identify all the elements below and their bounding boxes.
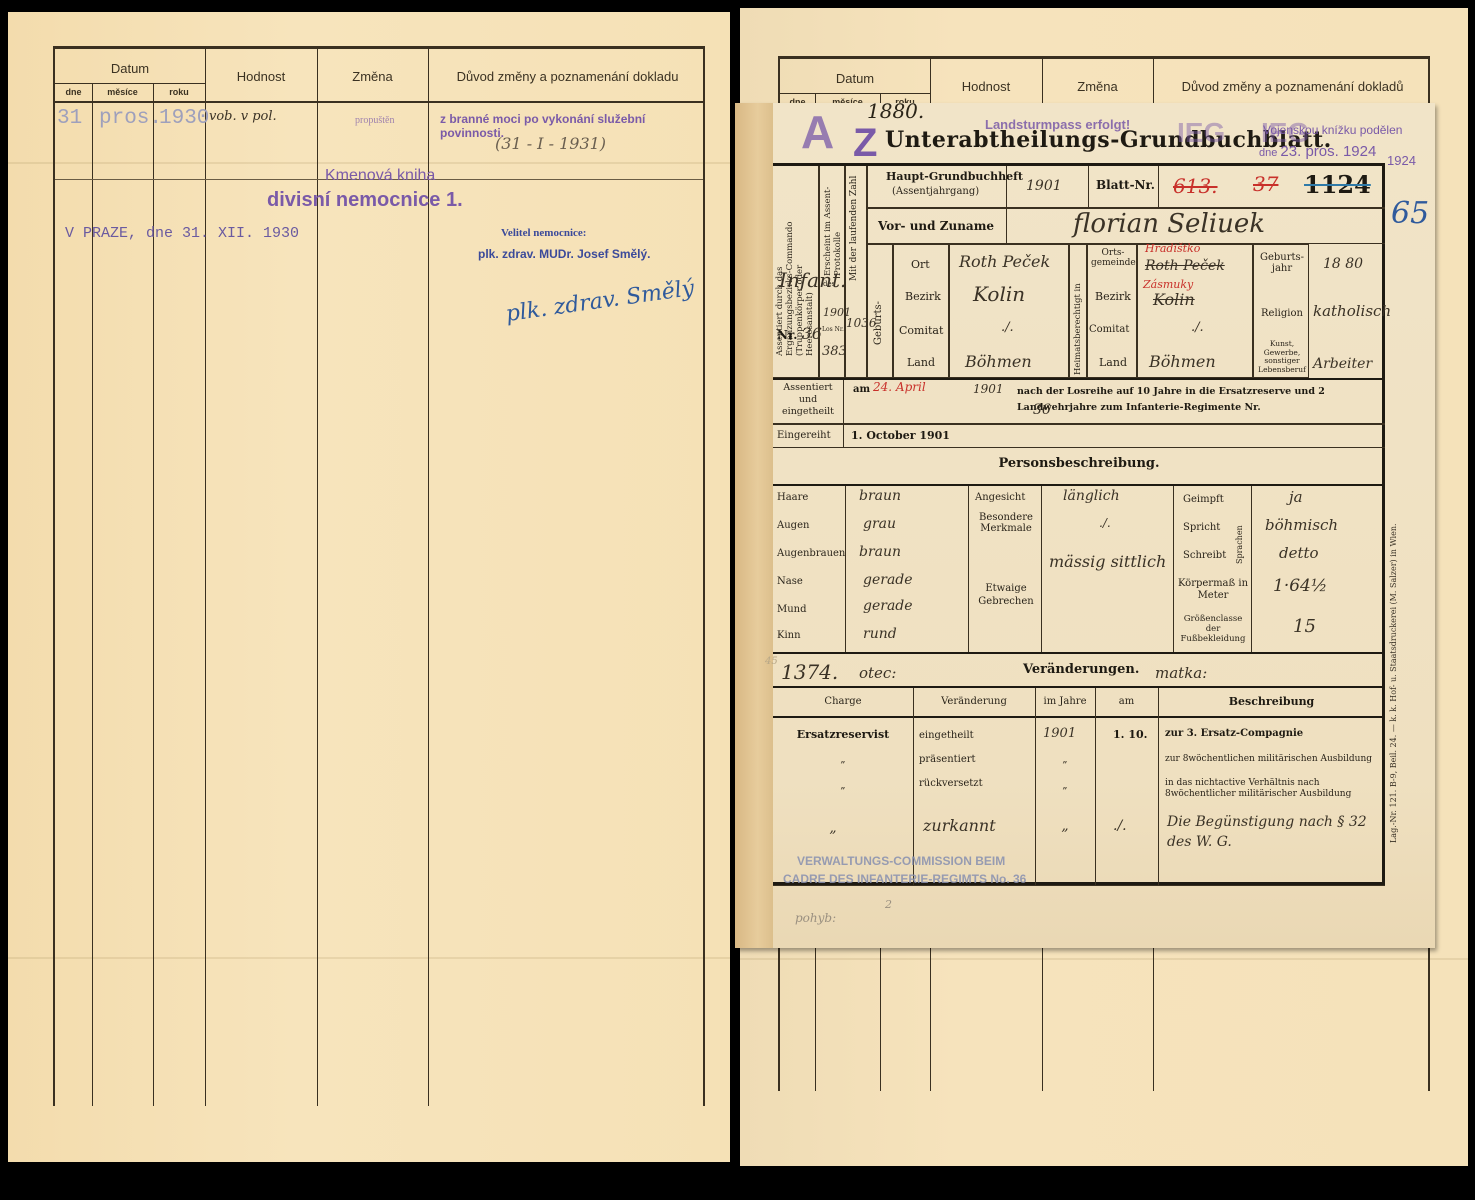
divisni-nemocnice-stamp: divisní nemocnice 1. — [267, 189, 463, 212]
verwaltungs-stamp-line1: VERWALTUNGS-COMMISSION BEIM — [797, 854, 1005, 868]
card-spine — [735, 103, 773, 948]
entry-day: 31 — [57, 107, 82, 130]
veraenderungen-title: Veränderungen. — [1023, 662, 1139, 677]
geimpft: ja — [1289, 488, 1303, 506]
geburtsjahr: 18 80 — [1323, 256, 1363, 272]
augen: grau — [863, 516, 896, 532]
grundbuchblatt-card: A Z 1880. Unterabtheilungs-Grundbuchblat… — [735, 103, 1435, 948]
beruf: Arbeiter — [1313, 356, 1372, 372]
header-zmena: Změna — [1042, 79, 1153, 94]
assentiert-regiment: 36 — [1033, 402, 1051, 418]
stamp-a: A — [801, 105, 834, 159]
row2-change: präsentiert — [919, 754, 976, 765]
row1-desc: zur 3. Ersatz-Compagnie — [1165, 728, 1303, 739]
birth-land: Böhmen — [965, 352, 1032, 371]
haare: braun — [859, 488, 901, 504]
header-mesice: měsíce — [92, 87, 153, 97]
haupt-label: Haupt-Grundbuchheft — [886, 170, 1023, 183]
header-hodnost: Hodnost — [930, 79, 1042, 94]
description-table: Haare braun Augen grau Augenbrauen braun… — [773, 484, 1385, 654]
assentiert-nr: 36 — [802, 324, 822, 343]
entry-change: propuštěn — [355, 115, 394, 126]
assentiert-date: 24. April — [873, 380, 926, 394]
entry-year: 1930 — [159, 107, 209, 130]
commander-name: plk. zdrav. MUDr. Josef Smělý. — [478, 247, 651, 261]
military-stamp-line1: Vojenskou knížku podělen — [1263, 123, 1402, 137]
parents-number: 1374. — [781, 660, 838, 684]
blatt-label: Blatt-Nr. — [1096, 178, 1155, 192]
gebrechen: mässig sittlich — [1049, 548, 1169, 576]
header-duvod: Důvod změny a poznamenání dokladů — [1153, 79, 1432, 94]
name-value: florian Seliuek — [1073, 209, 1265, 239]
place-date-stamp: V PRAZE, dne 31. XII. 1930 — [65, 225, 299, 242]
kmenova-kniha-stamp: Kmenová kniha — [325, 167, 435, 185]
year-note: 1880. — [867, 99, 924, 123]
header-zmena: Změna — [317, 69, 428, 84]
veraenderungen-table: Charge Veränderung im Jahre am Beschreib… — [773, 686, 1385, 886]
row4-desc: Die Begünstigung nach § 32 des W. G. — [1167, 812, 1377, 852]
los-nr: 383 — [822, 344, 847, 359]
row1-year: 1901 — [1043, 726, 1076, 741]
schreibt: detto — [1279, 544, 1319, 562]
row1-change: eingetheilt — [919, 730, 974, 741]
personsbeschreibung-title: Personsbeschreibung. — [773, 456, 1385, 471]
parents-otec: otec: — [859, 664, 896, 682]
row3-change: rückversetzt — [919, 778, 983, 789]
card-form: Assentiert durch das Ergänzungsbezirks-C… — [773, 163, 1385, 885]
home-comitat: ./. — [1191, 320, 1204, 335]
religion: katholisch — [1313, 302, 1391, 320]
verwaltungs-stamp-line2: CADRE DES INFANTERIE-REGIMTS No. 36 — [783, 872, 1026, 886]
entry-rank: vob. v pol. — [209, 109, 277, 124]
blatt-value-2: 37 — [1253, 172, 1278, 196]
name-label: Vor- und Zuname — [878, 219, 994, 233]
military-stamp-dne: dne — [1259, 147, 1277, 159]
pencil-note: pohyb: — [795, 911, 836, 925]
eingereiht-value: 1. October 1901 — [851, 429, 950, 442]
groessen: 15 — [1293, 616, 1316, 637]
assentiert-text: nach der Losreihe auf 10 Jahre in die Er… — [1017, 384, 1377, 416]
row1-am: 1. 10. — [1113, 728, 1147, 741]
header-dne: dne — [55, 87, 92, 97]
merkmale: ./. — [1099, 516, 1111, 530]
header-hodnost: Hodnost — [205, 69, 317, 84]
assentiert-value: Infant. — [779, 268, 846, 292]
header-duvod: Důvod změny a poznamenání dokladu — [428, 69, 707, 84]
header-datum: Datum — [55, 61, 205, 76]
laufende-column: Mit der laufenden Zahl 1036 — [845, 166, 867, 378]
entry-month: pros. — [99, 107, 162, 130]
row3-desc: in das nichtactive Verhältnis nach 8wöch… — [1165, 778, 1377, 800]
mund: gerade — [863, 598, 913, 614]
stamp-z: Z — [853, 121, 877, 166]
blatt-note: 65 — [1391, 196, 1429, 231]
parents-matka: matka: — [1155, 664, 1207, 682]
entry-reason-date: (31 - I - 1931) — [495, 134, 606, 153]
koerpermass: 1·64½ — [1273, 576, 1327, 596]
blatt-value-3: 1124 — [1304, 170, 1371, 199]
home-gemeinde-red: Hradištko — [1145, 242, 1200, 255]
augenbrauen: braun — [859, 544, 901, 560]
haupt-value: 1901 — [1026, 178, 1062, 194]
blatt-value-1: 613. — [1173, 174, 1218, 198]
row1-charge: Ersatzreservist — [773, 728, 913, 741]
header-datum: Datum — [780, 71, 930, 86]
military-stamp-year: 1924 — [1387, 153, 1416, 168]
assentiert-year: 1901 — [973, 382, 1004, 396]
row4-change: zurkannt — [923, 816, 996, 835]
angesicht: länglich — [1063, 488, 1120, 504]
military-stamp-date: 23. pros. 1924 — [1280, 143, 1376, 160]
left-ledger-table: Datum dne měsíce roku Hodnost Změna Důvo… — [53, 46, 705, 1106]
header-roku: roku — [153, 87, 205, 97]
pencil-mark: 2 — [885, 898, 892, 911]
nase: gerade — [863, 572, 913, 588]
birth-ort: Roth Peček — [959, 252, 1050, 271]
ieg-stamp: IEG — [1177, 117, 1225, 149]
spricht: böhmisch — [1265, 516, 1338, 534]
birth-comitat: ./. — [1001, 320, 1014, 335]
home-bezirk: Kolin — [1153, 290, 1195, 309]
left-register-page: Datum dne měsíce roku Hodnost Změna Důvo… — [8, 12, 730, 1162]
commander-signature: plk. zdrav. Smělý — [504, 276, 696, 327]
printer-note: Lag.-Nr. 121. B-9, Beil. 24. — k. k. Hof… — [1389, 483, 1398, 843]
landsturm-stamp: Landsturmpass erfolgt! — [985, 117, 1130, 132]
row2-desc: zur 8wöchentlichen militärischen Ausbild… — [1165, 754, 1372, 764]
home-land: Böhmen — [1149, 352, 1216, 371]
commander-title: Velitel nemocnice: — [501, 227, 586, 239]
home-gemeinde: Roth Peček — [1145, 258, 1225, 274]
kinn: rund — [863, 626, 897, 642]
birth-bezirk: Kolin — [973, 282, 1025, 306]
